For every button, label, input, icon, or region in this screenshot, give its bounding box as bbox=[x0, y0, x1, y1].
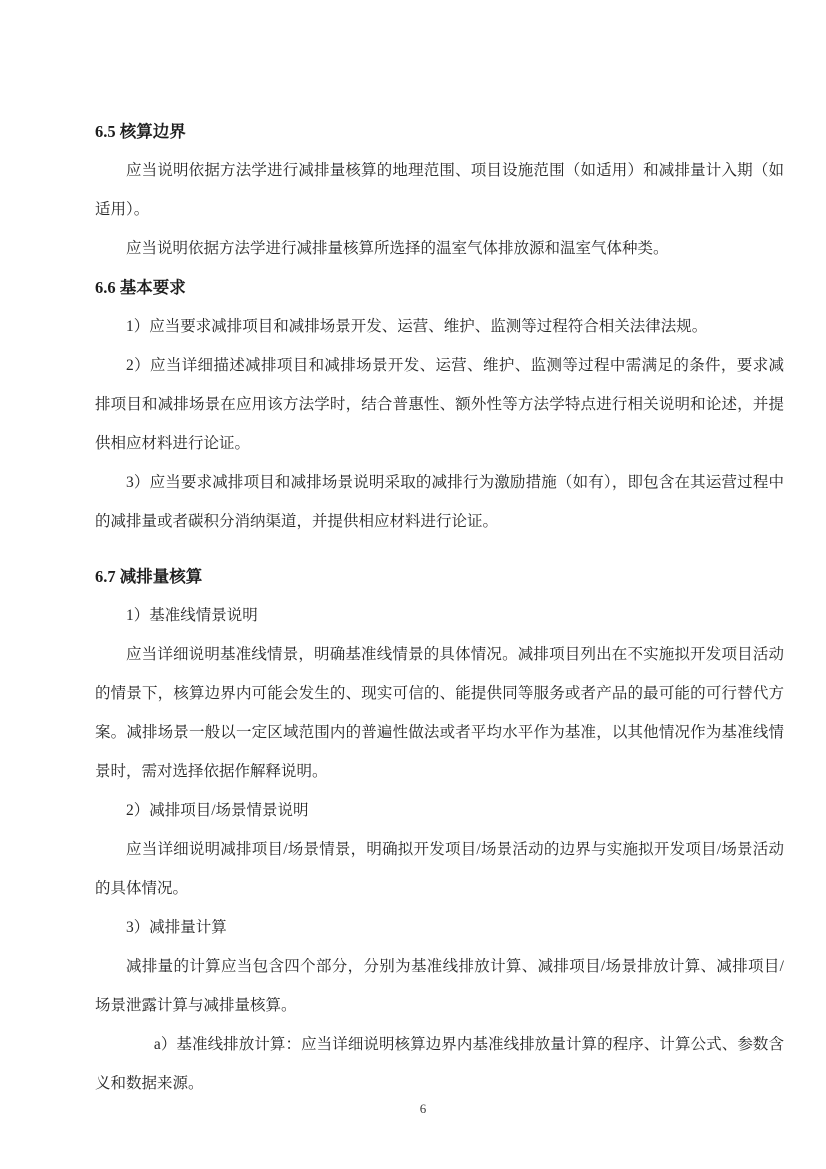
paragraph: 1）应当要求减排项目和减排场景开发、运营、维护、监测等过程符合相关法律法规。 bbox=[95, 307, 784, 346]
paragraph: 3）减排量计算 bbox=[95, 908, 784, 947]
paragraph: 减排量的计算应当包含四个部分，分别为基准线排放计算、减排项目/场景排放计算、减排… bbox=[95, 947, 784, 1025]
section-heading: 6.5 核算边界 bbox=[95, 112, 784, 151]
section-heading: 6.6 基本要求 bbox=[95, 268, 784, 307]
paragraph: 2）应当详细描述减排项目和减排场景开发、运营、维护、监测等过程中需满足的条件，要… bbox=[95, 346, 784, 463]
page-number: 6 bbox=[420, 1101, 427, 1117]
paragraph: 应当详细说明基准线情景，明确基准线情景的具体情况。减排项目列出在不实施拟开发项目… bbox=[95, 635, 784, 791]
section-heading: 6.7 减排量核算 bbox=[95, 557, 784, 596]
paragraph: a）基准线排放计算：应当详细说明核算边界内基准线排放量计算的程序、计算公式、参数… bbox=[95, 1025, 784, 1103]
paragraph: 应当详细说明减排项目/场景情景，明确拟开发项目/场景活动的边界与实施拟开发项目/… bbox=[95, 830, 784, 908]
page-footer: 6 bbox=[0, 1100, 826, 1118]
document-page: 6.5 核算边界应当说明依据方法学进行减排量核算的地理范围、项目设施范围（如适用… bbox=[0, 0, 826, 1169]
paragraph: 3）应当要求减排项目和减排场景说明采取的减排行为激励措施（如有），即包含在其运营… bbox=[95, 463, 784, 541]
paragraph: 1）基准线情景说明 bbox=[95, 596, 784, 635]
paragraph: 2）减排项目/场景情景说明 bbox=[95, 791, 784, 830]
document-content: 6.5 核算边界应当说明依据方法学进行减排量核算的地理范围、项目设施范围（如适用… bbox=[95, 112, 784, 1103]
paragraph: 应当说明依据方法学进行减排量核算所选择的温室气体排放源和温室气体种类。 bbox=[95, 229, 784, 268]
paragraph: 应当说明依据方法学进行减排量核算的地理范围、项目设施范围（如适用）和减排量计入期… bbox=[95, 151, 784, 229]
